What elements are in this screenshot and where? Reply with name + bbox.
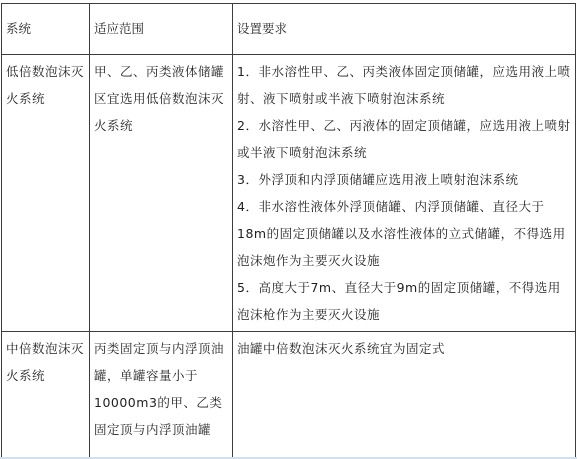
cell-requirements: 油罐中倍数泡沫灭火系统宜为固定式 xyxy=(233,332,576,459)
header-requirements: 设置要求 xyxy=(233,4,576,55)
table-header-row: 系统 适应范围 设置要求 xyxy=(2,4,576,55)
requirement-item: 1．非水溶性甲、乙、丙类液体固定顶储罐，应选用液上喷射、液下喷射或半液下喷射泡沫… xyxy=(237,58,572,112)
cell-system: 低倍数泡沫灭火系统 xyxy=(2,55,90,332)
requirement-item: 4．非水溶性液体外浮顶储罐、内浮顶储罐、直径大于18m的固定顶储罐以及水溶性液体… xyxy=(237,193,572,274)
cell-system: 中倍数泡沫灭火系统 xyxy=(2,332,90,459)
requirement-item: 3．外浮顶和内浮顶储罐应选用液上喷射泡沫系统 xyxy=(237,166,572,193)
header-scope: 适应范围 xyxy=(90,4,233,55)
cell-scope: 丙类固定顶与内浮顶油罐，单罐容量小于10000m3的甲、乙类固定顶与内浮顶油罐 xyxy=(90,332,233,459)
table-row: 低倍数泡沫灭火系统甲、乙、丙类液体储罐区宜选用低倍数泡沫灭火系统1．非水溶性甲、… xyxy=(2,55,576,332)
requirement-item: 2．水溶性甲、乙、丙液体的固定顶储罐，应选用液上喷射或半液下喷射泡沫系统 xyxy=(237,112,572,166)
table-row: 中倍数泡沫灭火系统丙类固定顶与内浮顶油罐，单罐容量小于10000m3的甲、乙类固… xyxy=(2,332,576,459)
header-system: 系统 xyxy=(2,4,90,55)
table-body: 低倍数泡沫灭火系统甲、乙、丙类液体储罐区宜选用低倍数泡沫灭火系统1．非水溶性甲、… xyxy=(2,55,576,459)
foam-extinguishing-system-table: 系统 适应范围 设置要求 低倍数泡沫灭火系统甲、乙、丙类液体储罐区宜选用低倍数泡… xyxy=(1,3,576,459)
requirement-item: 5．高度大于7m、直径大于9m的固定顶储罐，不得选用泡沫枪作为主要灭火设施 xyxy=(237,274,572,328)
cell-scope: 甲、乙、丙类液体储罐区宜选用低倍数泡沫灭火系统 xyxy=(90,55,233,332)
requirement-item: 油罐中倍数泡沫灭火系统宜为固定式 xyxy=(237,335,572,362)
cell-requirements: 1．非水溶性甲、乙、丙类液体固定顶储罐，应选用液上喷射、液下喷射或半液下喷射泡沫… xyxy=(233,55,576,332)
